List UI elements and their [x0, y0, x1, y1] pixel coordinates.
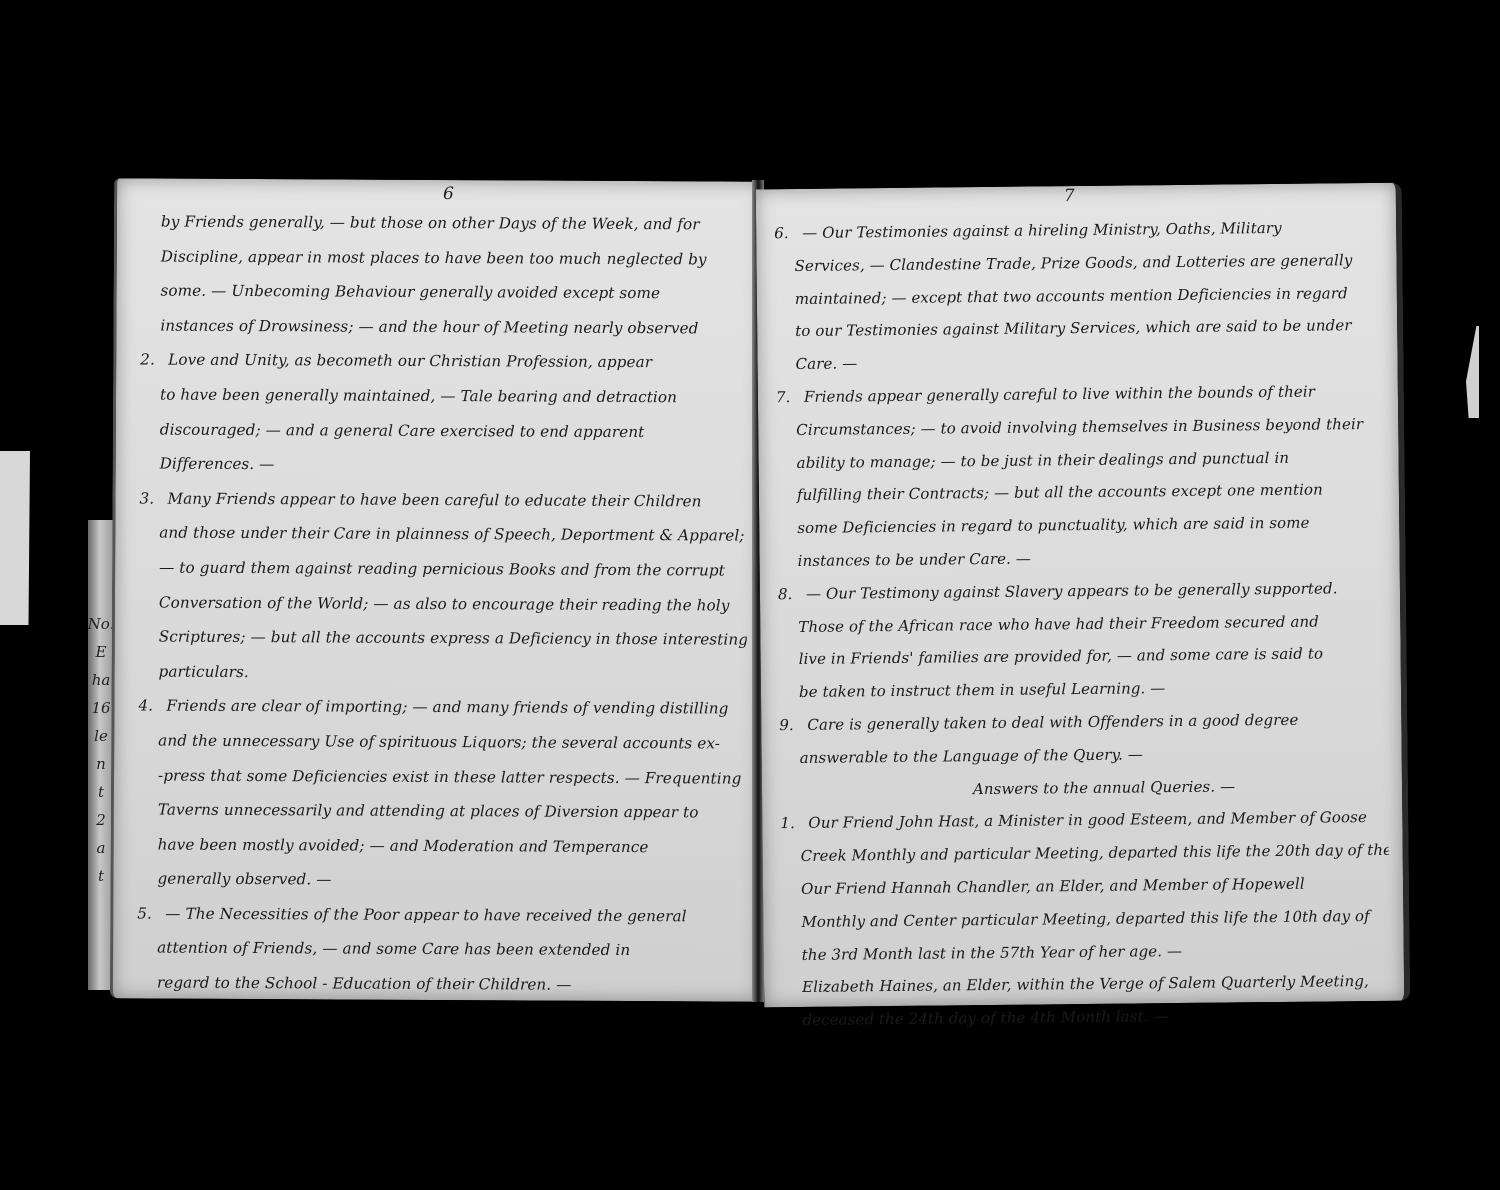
query-number: 2. [140, 343, 168, 378]
manuscript-line: by Friends generally, — but those on oth… [141, 204, 749, 242]
query-number: 8. [778, 578, 806, 611]
line-text: Love and Unity, as becometh our Christia… [168, 351, 652, 372]
line-text: Friends appear generally careful to live… [804, 383, 1315, 406]
line-text: discouraged; — and a general Care exerci… [160, 420, 645, 441]
line-text: instances to be under Care. — [798, 550, 1031, 570]
line-text: Care. — [795, 355, 857, 374]
line-text: to our Testimonies against Military Serv… [795, 317, 1352, 341]
line-text: Elizabeth Haines, an Elder, within the V… [802, 972, 1369, 996]
line-text: Circumstances; — to avoid involving them… [796, 415, 1363, 439]
line-text: Many Friends appear to have been careful… [167, 489, 701, 510]
right-page: 7 6.— Our Testimonies against a hireling… [756, 183, 1411, 1008]
line-text: have been mostly avoided; — and Moderati… [158, 835, 649, 856]
paper-scrap-left [0, 451, 30, 625]
query-number: 3. [139, 481, 167, 516]
line-text: and those under their Care in plainness … [159, 524, 744, 545]
line-text: Our Friend Hannah Chandler, an Elder, an… [801, 875, 1305, 898]
paper-scrap-right [1466, 326, 1479, 418]
manuscript-line: instances of Drowsiness; — and the hour … [140, 308, 748, 346]
query-number: 9. [779, 709, 807, 742]
query-number: 7. [776, 381, 804, 414]
right-page-text: 6.— Our Testimonies against a hireling M… [774, 211, 1391, 1037]
left-page-text: by Friends generally, — but those on oth… [137, 204, 749, 1003]
query-number: 1. [780, 807, 808, 840]
line-text: — Our Testimonies against a hireling Min… [802, 219, 1282, 242]
manuscript-line: deceased the 24th day of the 4th Month l… [782, 998, 1390, 1037]
line-text: deceased the 24th day of the 4th Month l… [802, 1007, 1168, 1029]
line-text: — to guard them against reading pernicio… [159, 558, 725, 579]
manuscript-line: Scriptures; — but all the accounts expre… [139, 620, 747, 658]
manuscript-line: some. — Unbecoming Behaviour generally a… [140, 274, 748, 312]
line-text: answerable to the Language of the Query.… [800, 745, 1143, 767]
line-text: fulfilling their Contracts; — but all th… [797, 481, 1323, 505]
line-text: attention of Friends, — and some Care ha… [157, 939, 630, 959]
manuscript-line: 4.Friends are clear of importing; — and … [138, 689, 746, 727]
manuscript-line: have been mostly avoided; — and Moderati… [138, 827, 746, 865]
line-text: to have been generally maintained, — Tal… [160, 386, 677, 407]
line-text: be taken to instruct them in useful Lear… [799, 679, 1166, 701]
line-text: Friends are clear of importing; — and ma… [166, 697, 728, 718]
manuscript-line: attention of Friends, — and some Care ha… [137, 931, 745, 969]
manuscript-line: Monthly and Center particular Meeting, d… [781, 900, 1389, 939]
line-text: — The Necessities of the Poor appear to … [165, 904, 686, 925]
query-number: 6. [774, 217, 802, 250]
left-page: 6 by Friends generally, — but those on o… [110, 178, 763, 1001]
line-text: Conversation of the World; — as also to … [159, 593, 730, 614]
manuscript-line: Taverns unnecessarily and attending at p… [138, 793, 746, 831]
manuscript-line: 5.— The Necessities of the Poor appear t… [137, 896, 745, 934]
line-text: maintained; — except that two accounts m… [795, 284, 1348, 308]
manuscript-line: Conversation of the World; — as also to … [139, 585, 747, 623]
line-text: ability to manage; — to be just in their… [797, 448, 1290, 471]
line-text: generally observed. — [157, 870, 331, 889]
line-text: Monthly and Center particular Meeting, d… [801, 907, 1370, 931]
manuscript-line: some Deficiencies in regard to punctuali… [777, 506, 1385, 545]
line-text: live in Friends' families are provided f… [799, 645, 1324, 668]
manuscript-line: and the unnecessary Use of spirituous Li… [138, 723, 746, 761]
manuscript-line: discouraged; — and a general Care exerci… [140, 412, 748, 450]
line-text: by Friends generally, — but those on oth… [161, 213, 700, 234]
query-number: 4. [138, 689, 166, 724]
manuscript-line: regard to the School - Education of thei… [137, 965, 745, 1003]
manuscript-line: to have been generally maintained, — Tal… [140, 377, 748, 415]
manuscript-line: — to guard them against reading pernicio… [139, 550, 747, 588]
manuscript-line: 9.Care is generally taken to deal with O… [779, 703, 1387, 742]
line-text: and the unnecessary Use of spirituous Li… [158, 731, 720, 752]
manuscript-line: live in Friends' families are provided f… [778, 637, 1386, 676]
line-text: particulars. [159, 662, 249, 680]
line-text: Services, — Clandestine Trade, Prize Goo… [794, 251, 1352, 275]
line-text: instances of Drowsiness; — and the hour … [160, 316, 698, 337]
line-text: Our Friend John Hast, a Minister in good… [808, 808, 1367, 832]
line-text: Care is generally taken to deal with Off… [807, 711, 1298, 734]
line-text: Scriptures; — but all the accounts expre… [159, 628, 747, 649]
page-number-right: 7 [1064, 186, 1075, 206]
manuscript-line: to our Testimonies against Military Serv… [775, 309, 1383, 348]
manuscript-line: 3.Many Friends appear to have been caref… [139, 481, 747, 519]
line-text: the 3rd Month last in the 57th Year of h… [802, 942, 1182, 964]
line-text: Taverns unnecessarily and attending at p… [158, 801, 699, 822]
line-text: — Our Testimony against Slavery appears … [806, 579, 1338, 603]
manuscript-line: -press that some Deficiencies exist in t… [138, 758, 746, 796]
line-text: Differences. — [160, 455, 275, 474]
query-number: 5. [137, 896, 165, 931]
line-text: Those of the African race who have had t… [798, 612, 1319, 635]
manuscript-line: Elizabeth Haines, an Elder, within the V… [782, 965, 1390, 1004]
line-text: some Deficiencies in regard to punctuali… [797, 514, 1309, 537]
manuscript-line: 2.Love and Unity, as becometh our Christ… [140, 343, 748, 381]
manuscript-line: generally observed. — [137, 862, 745, 900]
manuscript-line: Circumstances; — to avoid involving them… [776, 408, 1384, 447]
line-text: regard to the School - Education of thei… [157, 974, 572, 994]
manuscript-line: Discipline, appear in most places to hav… [141, 239, 749, 277]
page-number-left: 6 [443, 184, 454, 204]
line-text: Discipline, appear in most places to hav… [161, 247, 707, 268]
manuscript-line: particulars. [138, 654, 746, 692]
manuscript-line: Differences. — [140, 447, 748, 485]
manuscript-line: and those under their Care in plainness … [139, 516, 747, 554]
line-text: some. — Unbecoming Behaviour generally a… [161, 282, 661, 303]
line-text: -press that some Deficiencies exist in t… [158, 766, 742, 787]
line-text: Creek Monthly and particular Meeting, de… [801, 840, 1389, 865]
